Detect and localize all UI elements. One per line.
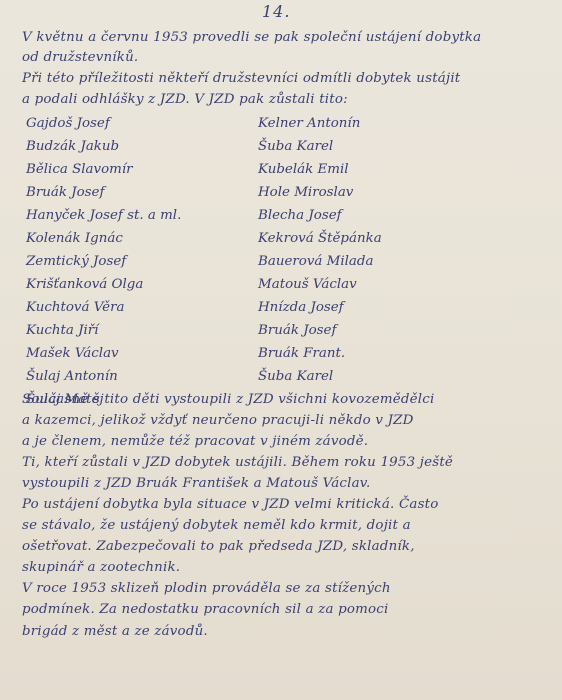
member-name: Šuba Karel <box>258 135 382 158</box>
member-name: Kubelák Emil <box>258 158 382 181</box>
intro-line: Při této příležitosti někteří družstevní… <box>22 71 460 86</box>
member-name: Gajdoš Josef <box>26 112 181 135</box>
member-name: Blecha Josef <box>258 204 382 227</box>
member-name: Bruák Josef <box>26 181 181 204</box>
body-line: skupinář a zootechnik. <box>22 560 180 575</box>
member-name: Bruák Frant. <box>258 342 382 365</box>
page-number: 14. <box>262 2 290 21</box>
body-line: Ti, kteří zůstali v JZD dobytek ustájili… <box>22 455 453 470</box>
member-name: Kuchtová Věra <box>26 296 181 319</box>
body-line: ošetřovat. Zabezpečovali to pak předseda… <box>22 539 415 554</box>
member-name: Bělica Slavomír <box>26 158 181 181</box>
member-name: Matouš Václav <box>258 273 382 296</box>
handwritten-chronicle-page: 14. V květnu a červnu 1953 provedli se p… <box>0 0 562 700</box>
member-name: Zemtický Josef <box>26 250 181 273</box>
body-line: vystoupili z JZD Bruák František a Matou… <box>22 476 370 491</box>
member-name: Šuba Karel <box>258 365 382 388</box>
member-name: Krišťanková Olga <box>26 273 181 296</box>
member-name: Hanyček Josef st. a ml. <box>26 204 181 227</box>
intro-line: V květnu a červnu 1953 provedli se pak s… <box>22 30 481 45</box>
members-list-left: Gajdoš Josef Budzák Jakub Bělica Slavomí… <box>26 112 181 411</box>
member-name: Šulaj Antonín <box>26 365 181 388</box>
member-name: Kekrová Štěpánka <box>258 227 382 250</box>
body-line: se stávalo, že ustájený dobytek neměl kd… <box>22 518 411 533</box>
body-line: podmínek. Za nedostatku pracovních sil a… <box>22 602 388 617</box>
intro-line: od družstevníků. <box>22 50 138 65</box>
body-line: a kazemci, jelikož vždyť neurčeno pracuj… <box>22 413 414 428</box>
body-line: V roce 1953 sklizeň plodin prováděla se … <box>22 581 391 596</box>
body-line: a je členem, nemůže též pracovat v jiném… <box>22 434 368 449</box>
member-name: Bruák Josef <box>258 319 382 342</box>
member-name: Mašek Václav <box>26 342 181 365</box>
member-name: Budzák Jakub <box>26 135 181 158</box>
body-line: Po ustájení dobytka byla situace v JZD v… <box>22 497 438 512</box>
member-name: Hole Miroslav <box>258 181 382 204</box>
member-name: Bauerová Milada <box>258 250 382 273</box>
members-list-right: Kelner Antonín Šuba Karel Kubelák Emil H… <box>258 112 382 388</box>
body-line: brigád z měst a ze závodů. <box>22 624 208 639</box>
member-name: Kuchta Jiří <box>26 319 181 342</box>
member-name: Kelner Antonín <box>258 112 382 135</box>
intro-line: a podali odhlášky z JZD. V JZD pak zůsta… <box>22 92 348 107</box>
body-line: Současně s tito děti vystoupili z JZD vš… <box>22 392 434 407</box>
member-name: Kolenák Ignác <box>26 227 181 250</box>
member-name: Hnízda Josef <box>258 296 382 319</box>
